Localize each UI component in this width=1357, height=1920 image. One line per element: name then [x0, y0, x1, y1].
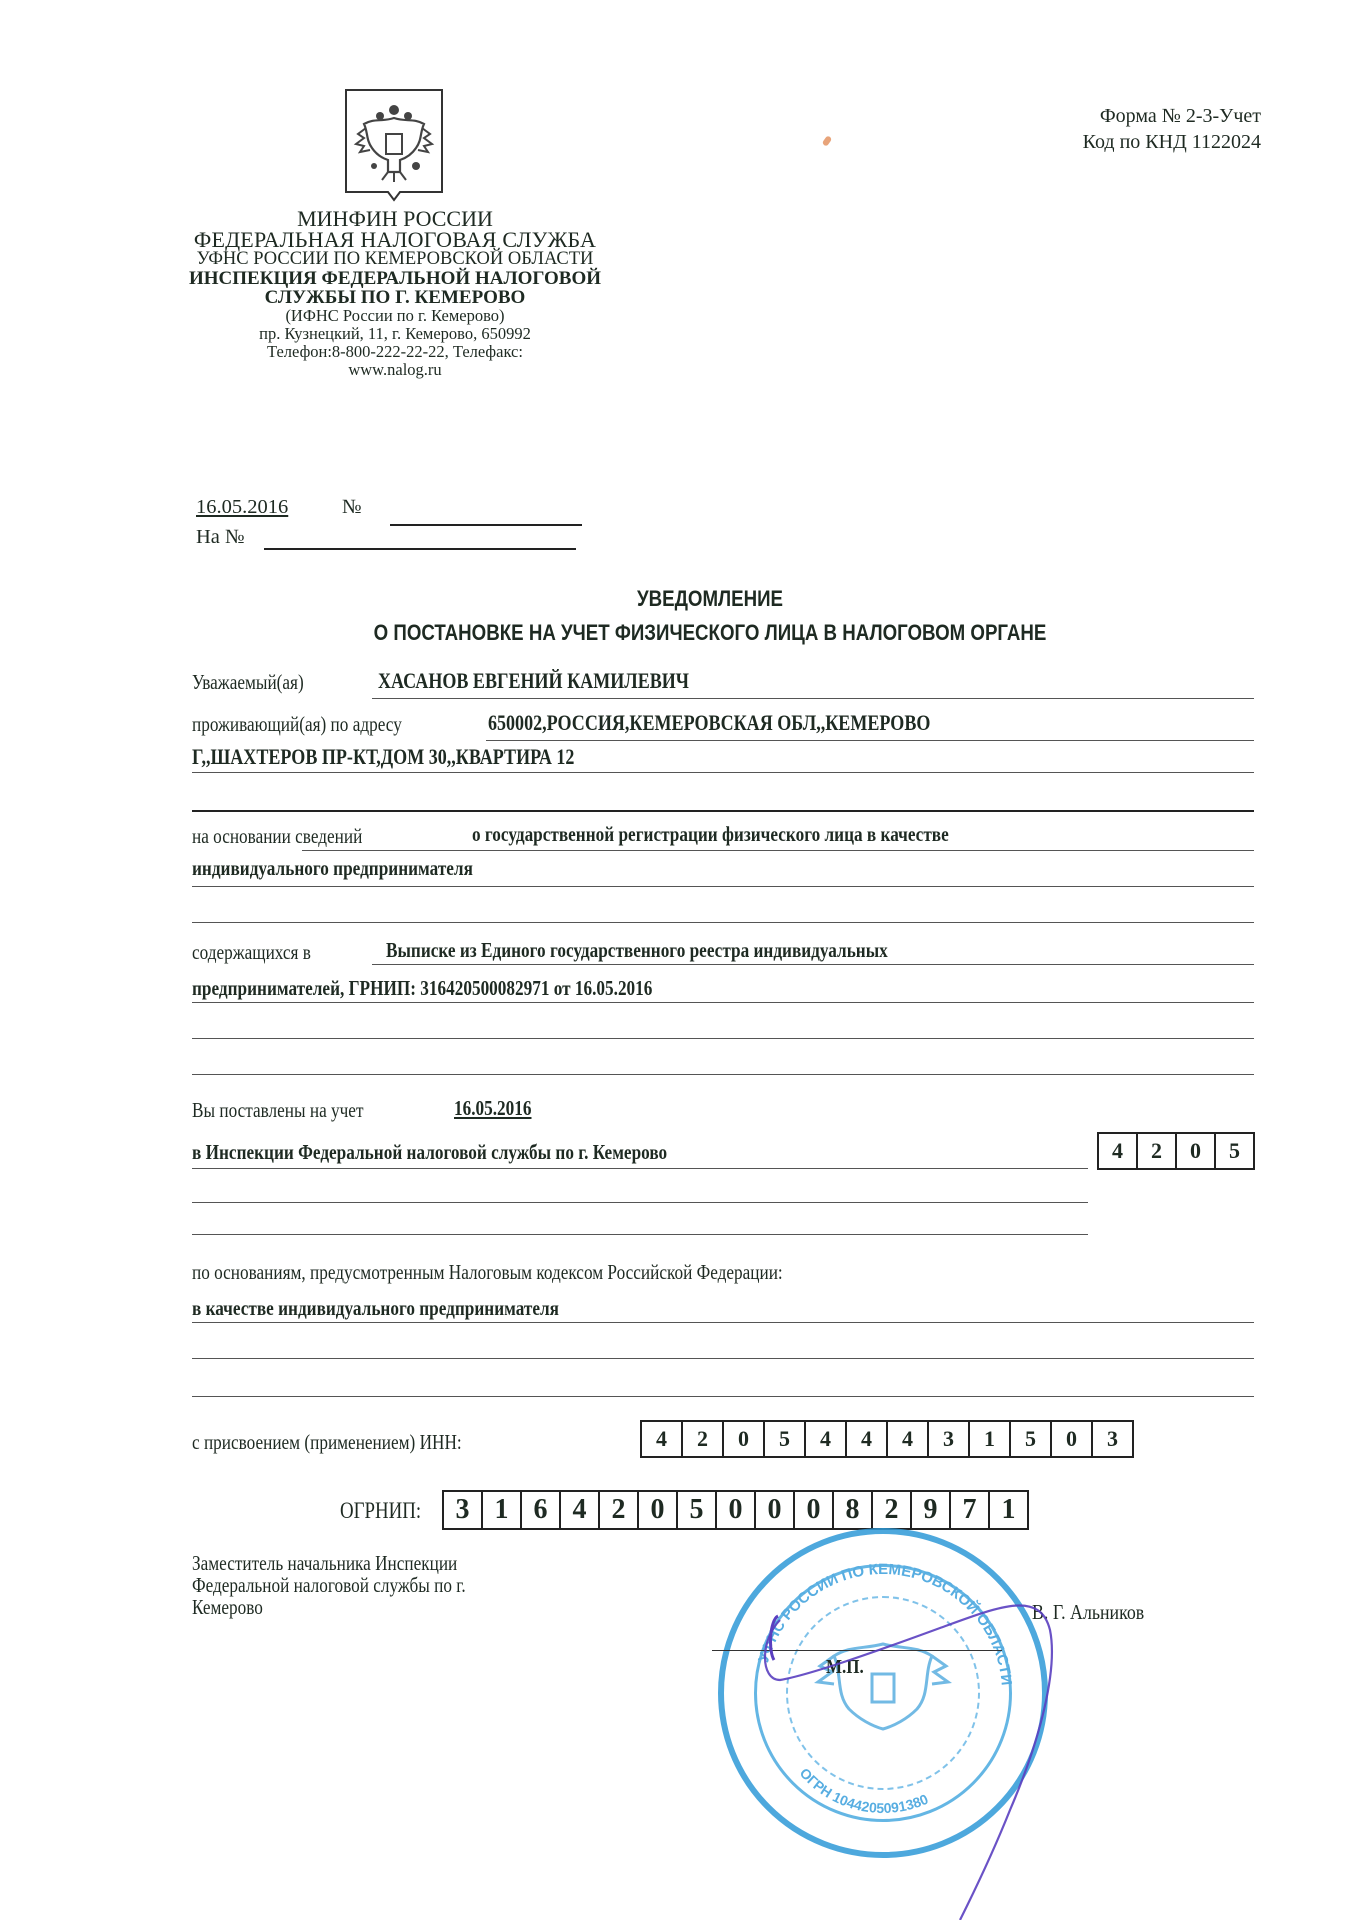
inn-digit: 2 — [683, 1422, 724, 1456]
inn-digit: 0 — [1052, 1422, 1093, 1456]
address-underline1 — [486, 740, 1254, 741]
source-underline2 — [192, 1002, 1254, 1003]
address-underline2 — [192, 772, 1254, 773]
code-cell: 2 — [1138, 1134, 1177, 1168]
inspection-name-line2: СЛУЖБЫ ПО Г. КЕМЕРОВО — [150, 288, 640, 307]
source-label: содержащихся в — [192, 940, 311, 965]
addressee-label: Уважаемый(ая) — [192, 670, 304, 695]
source-underline3 — [192, 1038, 1254, 1039]
ogrnip-row: ОГРНИП: — [340, 1498, 439, 1524]
inn-digit: 1 — [970, 1422, 1011, 1456]
source-underline1 — [372, 964, 1254, 965]
source-underline4 — [192, 1074, 1254, 1075]
form-number: Форма № 2-3-Учет — [1083, 103, 1261, 129]
ogrnip-cells: 3 1 6 4 2 0 5 0 0 0 8 2 9 7 1 — [442, 1490, 1029, 1530]
address-line2: Г,,ШАХТЕРОВ ПР-КТ,ДОМ 30,,КВАРТИРА 12 — [192, 744, 574, 770]
basis-label: на основании сведений — [192, 824, 362, 849]
ogrnip-digit: 0 — [756, 1492, 795, 1528]
code-cell: 5 — [1216, 1134, 1255, 1168]
ogrnip-digit: 8 — [834, 1492, 873, 1528]
registered-date-wrap: 16.05.2016 — [454, 1096, 549, 1121]
signer-position-line3: Кемерово — [192, 1596, 466, 1618]
signer-position: Заместитель начальника Инспекции Федерал… — [192, 1552, 526, 1618]
inspection-website: www.nalog.ru — [150, 361, 640, 379]
code-cell: 0 — [1177, 1134, 1216, 1168]
addressee-name: ХАСАНОВ ЕВГЕНИЙ КАМИЛЕВИЧ — [378, 668, 689, 694]
basis-line1-wrap: о государственной регистрации физическог… — [472, 822, 1053, 847]
knd-code: Код по КНД 1122024 — [1083, 129, 1261, 155]
grounds-value-row: в качестве индивидуального предпринимате… — [192, 1296, 640, 1321]
signer-position-line1: Заместитель начальника Инспекции — [192, 1552, 466, 1574]
address-line1: 650002,РОССИЯ,КЕМЕРОВСКАЯ ОБЛ,,КЕМЕРОВО — [488, 710, 930, 736]
source-line1-wrap: Выписке из Единого государственного реес… — [386, 938, 998, 963]
ogrnip-digit: 0 — [639, 1492, 678, 1528]
title-line2: О ПОСТАНОВКЕ НА УЧЕТ ФИЗИЧЕСКОГО ЛИЦА В … — [268, 620, 1152, 646]
address-line2-wrap: Г,,ШАХТЕРОВ ПР-КТ,ДОМ 30,,КВАРТИРА 12 — [192, 744, 658, 770]
document-date: 16.05.2016 — [196, 496, 288, 519]
number-label: № — [342, 496, 362, 519]
registered-date: 16.05.2016 — [454, 1096, 531, 1121]
service-name: ФЕДЕРАЛЬНАЯ НАЛОГОВАЯ СЛУЖБА — [150, 230, 640, 250]
addressee-row: Уважаемый(ая) — [192, 670, 328, 695]
grounds-label-row: по основаниям, предусмотренным Налоговым… — [192, 1260, 912, 1285]
source-line2-wrap: предпринимателей, ГРНИП: 316420500082971… — [192, 976, 753, 1001]
form-code-block: Форма № 2-3-Учет Код по КНД 1122024 — [1083, 103, 1261, 155]
basis-underline2 — [192, 886, 1254, 887]
ogrnip-digit: 2 — [873, 1492, 912, 1528]
inn-digit: 3 — [929, 1422, 970, 1456]
address-underline3 — [192, 810, 1254, 812]
basis-row: на основании сведений — [192, 824, 400, 849]
coat-of-arms-icon — [344, 88, 444, 203]
ogrnip-digit: 2 — [600, 1492, 639, 1528]
address-line1-wrap: 650002,РОССИЯ,КЕМЕРОВСКАЯ ОБЛ,,КЕМЕРОВО — [488, 710, 1028, 736]
inn-digit: 4 — [888, 1422, 929, 1456]
ogrnip-digit: 7 — [951, 1492, 990, 1528]
handwritten-signature — [740, 1580, 1120, 1920]
inn-digit: 3 — [1093, 1422, 1134, 1456]
basis-line1: о государственной регистрации физическог… — [472, 822, 949, 847]
inspection-underline3 — [192, 1234, 1088, 1235]
in-reply-label: На № — [196, 526, 245, 549]
document-title: УВЕДОМЛЕНИЕ О ПОСТАНОВКЕ НА УЧЕТ ФИЗИЧЕС… — [190, 586, 1230, 646]
number-field — [390, 524, 582, 526]
grounds-value: в качестве индивидуального предпринимате… — [192, 1296, 559, 1321]
inn-digit: 5 — [1011, 1422, 1052, 1456]
registered-row: Вы поставлены на учет — [192, 1098, 401, 1123]
ogrnip-digit: 4 — [561, 1492, 600, 1528]
inn-digit: 4 — [642, 1422, 683, 1456]
ogrnip-label: ОГРНИП: — [340, 1498, 421, 1524]
inn-label: с присвоением (применением) ИНН: — [192, 1430, 462, 1455]
code-cell: 4 — [1099, 1134, 1138, 1168]
grounds-underline3 — [192, 1396, 1254, 1397]
ogrnip-digit: 6 — [522, 1492, 561, 1528]
scan-artifact — [822, 135, 833, 147]
ogrnip-digit: 0 — [795, 1492, 834, 1528]
inn-cells: 4 2 0 5 4 4 4 3 1 5 0 3 — [640, 1420, 1134, 1458]
ogrnip-digit: 3 — [444, 1492, 483, 1528]
title-line1: УВЕДОМЛЕНИЕ — [268, 586, 1152, 612]
inspection-name-line1: ИНСПЕКЦИЯ ФЕДЕРАЛЬНОЙ НАЛОГОВОЙ — [150, 269, 640, 288]
ogrnip-digit: 1 — [990, 1492, 1029, 1528]
basis-underline1 — [302, 850, 1254, 851]
inn-digit: 4 — [806, 1422, 847, 1456]
ogrnip-digit: 1 — [483, 1492, 522, 1528]
ogrnip-digit: 5 — [678, 1492, 717, 1528]
inn-row: с присвоением (применением) ИНН: — [192, 1430, 521, 1455]
inn-digit: 5 — [765, 1422, 806, 1456]
grounds-underline1 — [192, 1322, 1254, 1323]
basis-underline3 — [192, 922, 1254, 923]
addressee-underline — [372, 698, 1254, 699]
inn-digit: 0 — [724, 1422, 765, 1456]
addressee-name-wrap: ХАСАНОВ ЕВГЕНИЙ КАМИЛЕВИЧ — [378, 668, 757, 694]
inspection-row: в Инспекции Федеральной налоговой службы… — [192, 1140, 771, 1165]
ogrnip-digit: 0 — [717, 1492, 756, 1528]
inspection-code-cells: 4 2 0 5 — [1097, 1132, 1255, 1170]
grounds-underline2 — [192, 1358, 1254, 1359]
in-reply-field — [264, 548, 576, 550]
inspection-short-name: (ИФНС России по г. Кемерово) — [150, 307, 640, 325]
address-label: проживающий(ая) по адресу — [192, 712, 402, 737]
inspection-underline1 — [192, 1168, 1088, 1169]
inspection-address: пр. Кузнецкий, 11, г. Кемерово, 650992 — [150, 325, 640, 343]
source-line1: Выписке из Единого государственного реес… — [386, 938, 888, 963]
authority-header: МИНФИН РОССИИ ФЕДЕРАЛЬНАЯ НАЛОГОВАЯ СЛУЖ… — [150, 208, 640, 379]
inn-digit: 4 — [847, 1422, 888, 1456]
signer-position-line2: Федеральной налоговой службы по г. — [192, 1574, 466, 1596]
grounds-label: по основаниям, предусмотренным Налоговым… — [192, 1260, 783, 1285]
basis-line2: индивидуального предпринимателя — [192, 856, 473, 881]
source-line2: предпринимателей, ГРНИП: 316420500082971… — [192, 976, 652, 1001]
inspection-phone: Телефон:8-800-222-22-22, Телефакс: — [150, 343, 640, 361]
address-row: проживающий(ая) по адресу — [192, 712, 448, 737]
basis-line2-wrap: индивидуального предпринимателя — [192, 856, 535, 881]
regional-office: УФНС РОССИИ ПО КЕМЕРОВСКОЙ ОБЛАСТИ — [150, 250, 640, 269]
inspection-underline2 — [192, 1202, 1088, 1203]
source-row: содержащихся в — [192, 940, 337, 965]
inspection-name: в Инспекции Федеральной налоговой службы… — [192, 1140, 667, 1165]
ogrnip-digit: 9 — [912, 1492, 951, 1528]
registered-label: Вы поставлены на учет — [192, 1098, 363, 1123]
